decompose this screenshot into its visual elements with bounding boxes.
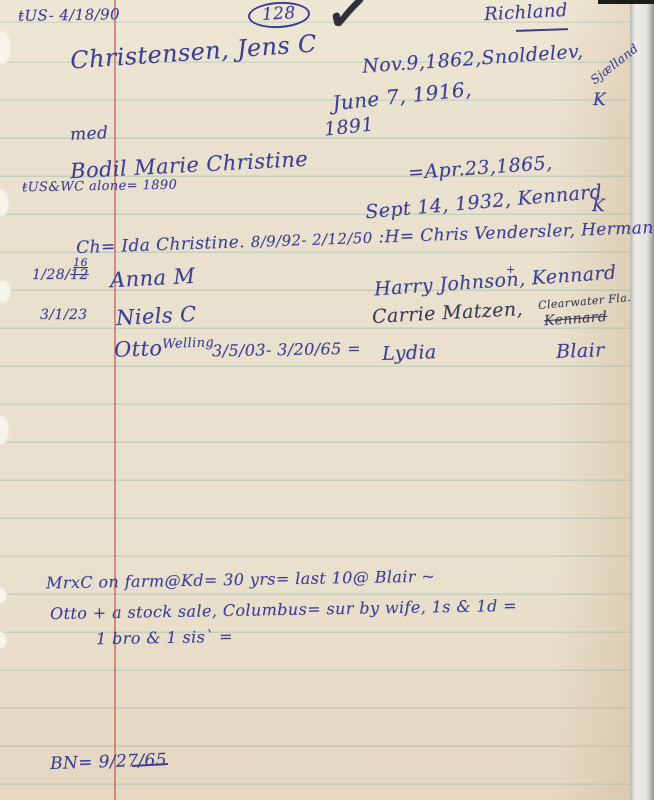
page-number: 128 [247,0,310,29]
child-otto-middle-name: Welling [162,335,214,352]
red-margin-line [114,0,116,800]
child-niels-name: Niels C [116,304,198,329]
child-anna-name: Anna M [110,266,196,291]
ruled-paper [0,0,630,800]
spouse-burial-code: K [592,198,605,215]
child-otto-name: Otto [114,336,163,362]
spouse-immigration-note: ŧUS&WC alone= 1890 [22,179,177,195]
child-otto-spouse: Lydia [382,343,437,364]
scan-corner-shadow [598,0,654,4]
note-line-3: 1 bro & 1 sis` = [96,629,233,647]
married-label: med [70,125,109,144]
date-corrected: 16 [73,257,88,268]
scanner-edge [630,0,654,800]
checkmark-icon: ✓ [323,0,372,42]
child-niels-date: 3/1/23 [40,308,87,322]
page-number-badge: 128 [247,0,310,29]
immigration-stamp-note: ŧUS- 4/18/90 [18,7,120,24]
child-niels-residence-struck: Kennard [544,310,608,328]
child-otto-dates: 3/5/03- 3/20/65 = [212,341,361,360]
child-otto-residence: Blair [556,341,605,362]
footer-batch-note: BN= 9/27/65 [50,752,167,773]
marriage-year: 1891 [323,115,375,139]
township-name: Richland [484,2,569,24]
scanned-ledger-page: ŧUS- 4/18/90 128 ✓ Richland Christensen,… [0,0,654,800]
child-otto-name-line: OttoWelling [114,336,215,360]
date-struck: 12 [70,267,89,283]
principal-burial-code: K [593,92,606,109]
date-prefix: 1/28/ [32,267,70,283]
child-anna-date: 1/28/1612 [32,268,89,282]
